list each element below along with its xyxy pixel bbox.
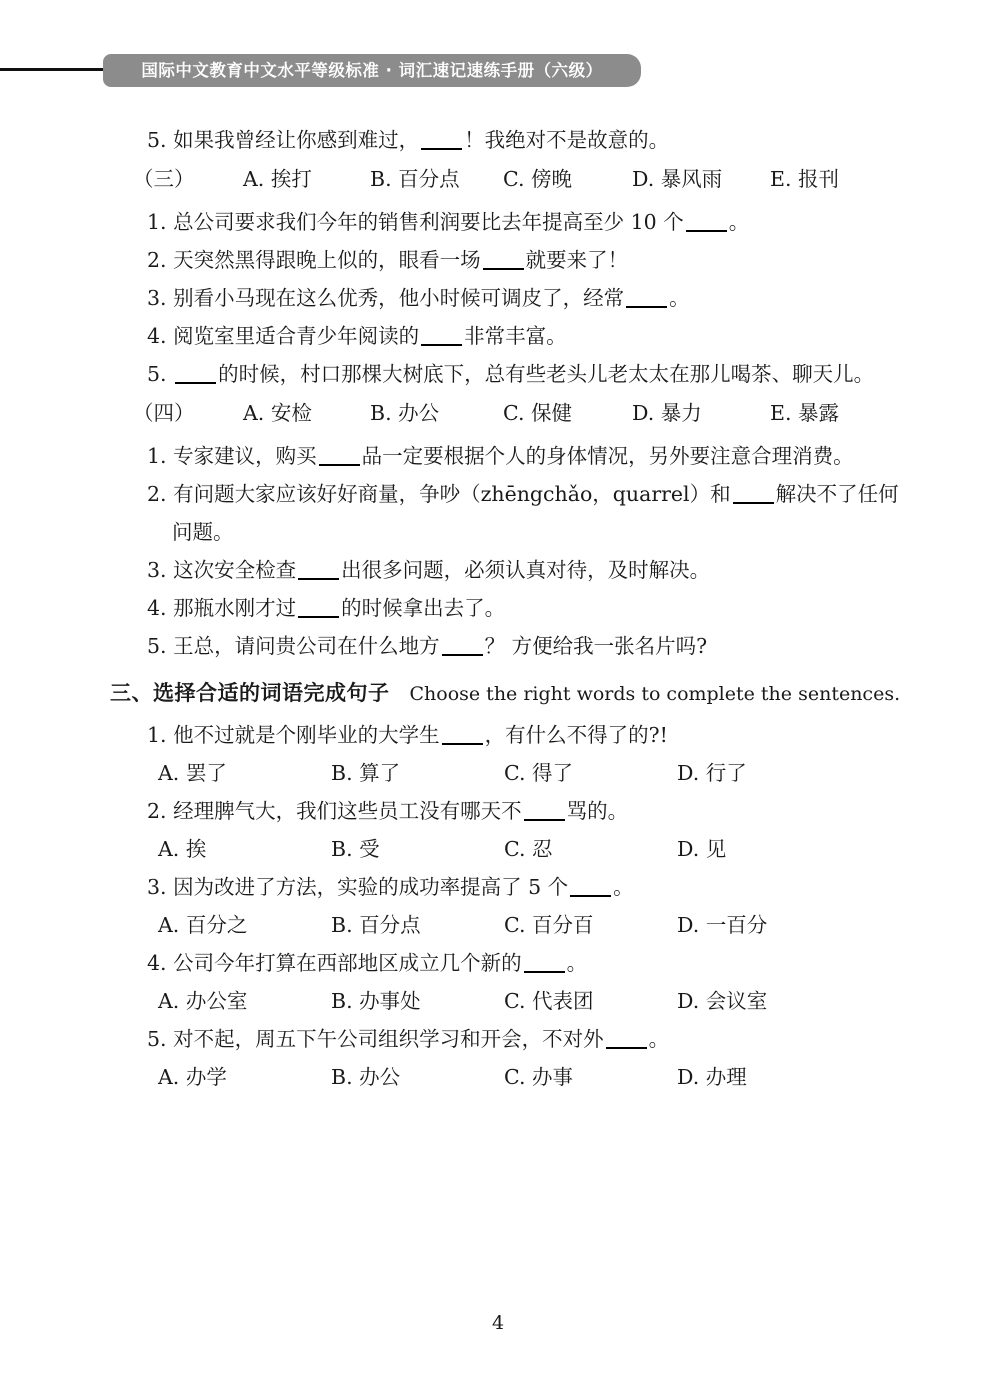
answer-option: C. 得了 [504,761,677,786]
answer-option: D. 见 [677,837,850,862]
word-bank-option: B. 办公 [370,401,503,426]
question-text: 4. 阅览室里适合青少年阅读的 [147,324,419,348]
question-text: 3. 因为改进了方法，实验的成功率提高了 5 个 [147,875,568,899]
word-bank-row: （三）A. 挨打B. 百分点C. 傍晚D. 暴风雨E. 报刊 [133,167,907,192]
question-text: 骂的。 [567,799,629,823]
question-text: 2. 天突然黑得跟晚上似的，眼看一场 [147,248,481,272]
question-line: 3. 因为改进了方法，实验的成功率提高了 5 个。 [147,875,907,900]
answer-options-row: A. 挨B. 受C. 忍D. 见 [158,837,907,862]
section-title-en: Choose the right words to complete the s… [410,683,901,705]
fill-blank [570,876,611,897]
fill-blank [442,635,483,656]
question-line: 5. 的时候，村口那棵大树底下，总有些老头儿老太太在那儿喝茶、聊天儿。 [147,362,907,387]
answer-option: C. 忍 [504,837,677,862]
word-bank-option: B. 百分点 [370,167,503,192]
word-bank-label: （四） [133,401,243,426]
answer-option: D. 行了 [677,761,850,786]
page-number: 4 [0,1312,996,1334]
answer-option: D. 会议室 [677,989,850,1014]
question-line: 5. 王总，请问贵公司在什么地方？ 方便给我一张名片吗? [147,634,907,659]
word-bank-option: E. 暴露 [770,401,839,426]
section-title-zh: 三、选择合适的词语完成句子 [110,680,390,705]
question-text: 非常丰富。 [464,324,567,348]
question-line: 1. 专家建议，购买品一定要根据个人的身体情况，另外要注意合理消费。 [147,444,907,469]
question-text: 5. 如果我曾经让你感到难过， [147,128,419,152]
fill-blank [442,724,483,745]
word-bank-option: D. 暴风雨 [632,167,770,192]
section-header: 三、选择合适的词语完成句子Choose the right words to c… [110,680,907,707]
question-line: 2. 有问题大家应该好好商量，争吵（zhēngchǎo，quarrel）和解决不… [147,482,907,507]
question-text: 。 [567,951,588,975]
question-line: 4. 公司今年打算在西部地区成立几个新的。 [147,951,907,976]
header-banner: 国际中文教育中文水平等级标准 · 词汇速记速练手册（六级） [103,54,641,87]
question-line: 1. 总公司要求我们今年的销售利润要比去年提高至少 10 个。 [147,210,907,235]
answer-options-row: A. 办公室B. 办事处C. 代表团D. 会议室 [158,989,907,1014]
answer-option: B. 算了 [331,761,504,786]
question-text: 的时候拿出去了。 [341,596,505,620]
question-text: ！我绝对不是故意的。 [464,128,669,152]
fill-blank [626,287,667,308]
answer-option: C. 办事 [504,1065,677,1090]
word-bank-option: D. 暴力 [632,401,770,426]
answer-option: C. 代表团 [504,989,677,1014]
question-text: 1. 总公司要求我们今年的销售利润要比去年提高至少 10 个 [147,210,684,234]
question-continuation: 问题。 [172,520,907,545]
answer-option: A. 办学 [158,1065,331,1090]
fill-blank [421,325,462,346]
question-text: 5. [147,362,173,386]
answer-options-row: A. 罢了B. 算了C. 得了D. 行了 [158,761,907,786]
answer-option: A. 罢了 [158,761,331,786]
question-text: ？ 方便给我一张名片吗? [485,634,708,658]
fill-blank [524,800,565,821]
exercise-content: 5. 如果我曾经让你感到难过，！我绝对不是故意的。（三）A. 挨打B. 百分点C… [147,128,907,1103]
question-text: 3. 这次安全检查 [147,558,296,582]
question-line: 2. 经理脾气大，我们这些员工没有哪天不骂的。 [147,799,907,824]
answer-option: B. 办事处 [331,989,504,1014]
question-text: 问题。 [172,520,234,544]
question-text: 。 [649,1027,670,1051]
answer-option: B. 办公 [331,1065,504,1090]
question-text: 出很多问题，必须认真对待，及时解决。 [341,558,710,582]
question-text: 3. 别看小马现在这么优秀，他小时候可调皮了，经常 [147,286,624,310]
question-line: 3. 这次安全检查出很多问题，必须认真对待，及时解决。 [147,558,907,583]
fill-blank [606,1028,647,1049]
answer-option: B. 百分点 [331,913,504,938]
question-text: ，有什么不得了的?! [485,723,668,747]
answer-option: A. 百分之 [158,913,331,938]
question-text: 就要来了！ [526,248,629,272]
fill-blank [319,445,360,466]
question-text: 的时候，村口那棵大树底下，总有些老头儿老太太在那儿喝茶、聊天儿。 [218,362,874,386]
fill-blank [733,483,774,504]
word-bank-option: A. 安检 [243,401,370,426]
answer-option: C. 百分百 [504,913,677,938]
question-line: 4. 那瓶水刚才过的时候拿出去了。 [147,596,907,621]
question-text: 。 [729,210,750,234]
fill-blank [524,952,565,973]
fill-blank [298,597,339,618]
question-text: 。 [669,286,690,310]
answer-option: A. 挨 [158,837,331,862]
word-bank-row: （四）A. 安检B. 办公C. 保健D. 暴力E. 暴露 [133,401,907,426]
word-bank-label: （三） [133,167,243,192]
question-line: 5. 对不起，周五下午公司组织学习和开会，不对外。 [147,1027,907,1052]
question-text: 4. 公司今年打算在西部地区成立几个新的 [147,951,522,975]
question-text: 2. 有问题大家应该好好商量，争吵（zhēngchǎo，quarrel）和 [147,482,731,506]
fill-blank [686,211,727,232]
question-text: 4. 那瓶水刚才过 [147,596,296,620]
fill-blank [421,129,462,150]
question-text: 2. 经理脾气大，我们这些员工没有哪天不 [147,799,522,823]
question-line: 2. 天突然黑得跟晚上似的，眼看一场就要来了！ [147,248,907,273]
question-line: 4. 阅览室里适合青少年阅读的非常丰富。 [147,324,907,349]
answer-option: D. 一百分 [677,913,850,938]
word-bank-option: C. 傍晚 [503,167,632,192]
question-line: 1. 他不过就是个刚毕业的大学生，有什么不得了的?! [147,723,907,748]
question-text: 解决不了任何 [776,482,899,506]
question-text: 1. 他不过就是个刚毕业的大学生 [147,723,440,747]
question-text: 品一定要根据个人的身体情况，另外要注意合理消费。 [362,444,854,468]
word-bank-option: C. 保健 [503,401,632,426]
question-line: 3. 别看小马现在这么优秀，他小时候可调皮了，经常。 [147,286,907,311]
question-text: 。 [613,875,634,899]
word-bank-option: A. 挨打 [243,167,370,192]
answer-options-row: A. 办学B. 办公C. 办事D. 办理 [158,1065,907,1090]
question-text: 5. 对不起，周五下午公司组织学习和开会，不对外 [147,1027,604,1051]
answer-option: B. 受 [331,837,504,862]
question-line: 5. 如果我曾经让你感到难过，！我绝对不是故意的。 [147,128,907,153]
question-text: 1. 专家建议，购买 [147,444,317,468]
answer-option: A. 办公室 [158,989,331,1014]
answer-options-row: A. 百分之B. 百分点C. 百分百D. 一百分 [158,913,907,938]
answer-option: D. 办理 [677,1065,850,1090]
workbook-page: { "banner": { "title": "国际中文教育中文水平等级标准 ·… [0,0,996,1400]
question-text: 5. 王总，请问贵公司在什么地方 [147,634,440,658]
word-bank-option: E. 报刊 [770,167,839,192]
fill-blank [483,249,524,270]
fill-blank [175,363,216,384]
header-rule-line [0,68,104,71]
fill-blank [298,559,339,580]
